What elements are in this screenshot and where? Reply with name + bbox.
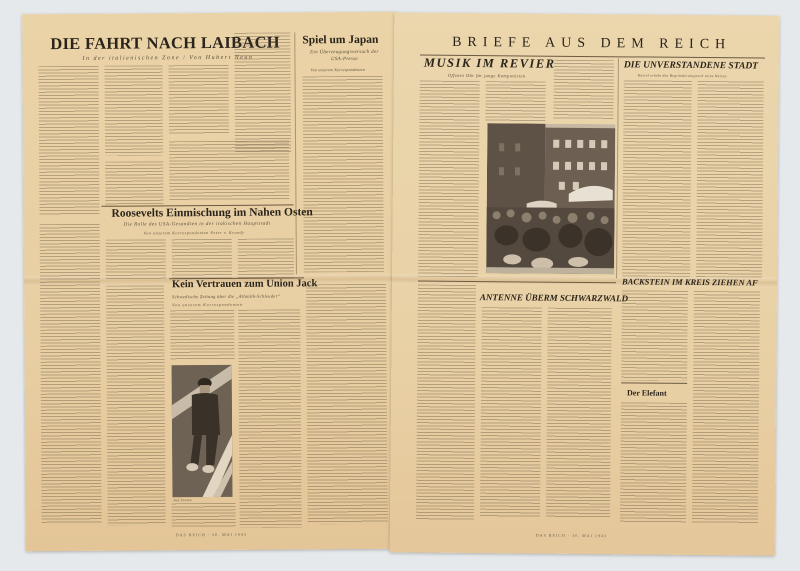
text-column bbox=[546, 308, 612, 519]
text-column bbox=[238, 309, 302, 527]
text-column bbox=[38, 66, 99, 216]
middle-subhead: Die Rolle des USA-Gesandten in der iraki… bbox=[124, 222, 271, 228]
main-subhead: In der italienischen Zone / Von Hubert N… bbox=[82, 55, 253, 62]
footer-text: DAS REICH · 30. MAI 1943 bbox=[536, 533, 607, 539]
footer-text: DAS REICH · 30. MAI 1943 bbox=[176, 532, 247, 537]
market-square-photo bbox=[486, 123, 615, 274]
page-footer: DAS REICH · 30. MAI 1943 bbox=[176, 532, 247, 537]
text-column bbox=[106, 285, 166, 525]
article3-headline: ANTENNE ÜBERM SCHWARZWALD bbox=[480, 292, 628, 303]
lower-headline: Kein Vertrauen zum Union Jack bbox=[172, 278, 317, 290]
text-column bbox=[172, 239, 232, 279]
section-title: BRIEFE AUS DEM REICH bbox=[452, 35, 731, 53]
text-column bbox=[306, 284, 388, 525]
newspaper-right-page: BRIEFE AUS DEM REICH MUSIK IM REVIER Off… bbox=[390, 12, 780, 555]
column-rule bbox=[616, 58, 619, 278]
text-column bbox=[622, 80, 692, 277]
text-column bbox=[480, 307, 542, 518]
text-column bbox=[238, 238, 294, 278]
text-column bbox=[169, 140, 289, 201]
lower-byline: Von unserem Korrespondenten bbox=[172, 302, 243, 307]
page-footer: DAS REICH · 30. MAI 1943 bbox=[536, 533, 607, 539]
text-column bbox=[692, 291, 760, 524]
article1-headline: MUSIK IM REVIER bbox=[424, 56, 556, 72]
text-column bbox=[303, 76, 384, 273]
newspaper-left-page: DIE FAHRT NACH LAIBACH In der italienisc… bbox=[22, 12, 400, 552]
text-column bbox=[40, 224, 102, 524]
sidebar-headline: Spiel um Japan bbox=[302, 34, 378, 47]
article1-subhead: Offenes Ohr für junge Komponisten bbox=[448, 73, 526, 79]
sidebar-byline: Von unserem Korrespondenten bbox=[311, 67, 365, 72]
text-column bbox=[416, 285, 476, 521]
article4-headline: BACKSTEIN IM KREIS ZIEHEN AF bbox=[622, 276, 758, 287]
article2-headline: DIE UNVERSTANDENE STADT bbox=[624, 60, 758, 71]
text-column bbox=[553, 60, 614, 121]
text-column bbox=[105, 161, 163, 206]
article2-subhead: Kassel erhebt den Begründeranspruch sein… bbox=[638, 73, 727, 78]
text-column bbox=[485, 81, 545, 122]
text-column bbox=[621, 290, 688, 381]
middle-headline: Roosevelts Einmischung im Nahen Osten bbox=[111, 206, 312, 219]
middle-byline: Von unserem Korrespondenten Peter v. Kru… bbox=[144, 230, 245, 236]
headline-rule bbox=[621, 382, 687, 384]
text-column bbox=[696, 81, 764, 278]
text-column bbox=[106, 239, 166, 279]
text-column bbox=[418, 81, 480, 278]
sidebar-subhead: Ein Überzeugungsversuch der USA-Presse bbox=[304, 49, 384, 64]
soldier-photo bbox=[172, 365, 233, 497]
text-column bbox=[234, 32, 291, 152]
text-column bbox=[104, 65, 163, 155]
article5-headline: Der Elefant bbox=[627, 388, 667, 397]
text-column bbox=[170, 310, 234, 360]
text-column bbox=[172, 503, 236, 527]
text-column bbox=[620, 402, 687, 523]
text-column bbox=[168, 65, 228, 135]
lower-subhead: Schwedische Zeitung über die „Atlantik-S… bbox=[172, 294, 280, 300]
photo-figure bbox=[172, 365, 233, 497]
column-rule bbox=[294, 32, 297, 274]
photo-caption: Auf Posten bbox=[174, 498, 192, 502]
market-scene bbox=[486, 123, 615, 274]
